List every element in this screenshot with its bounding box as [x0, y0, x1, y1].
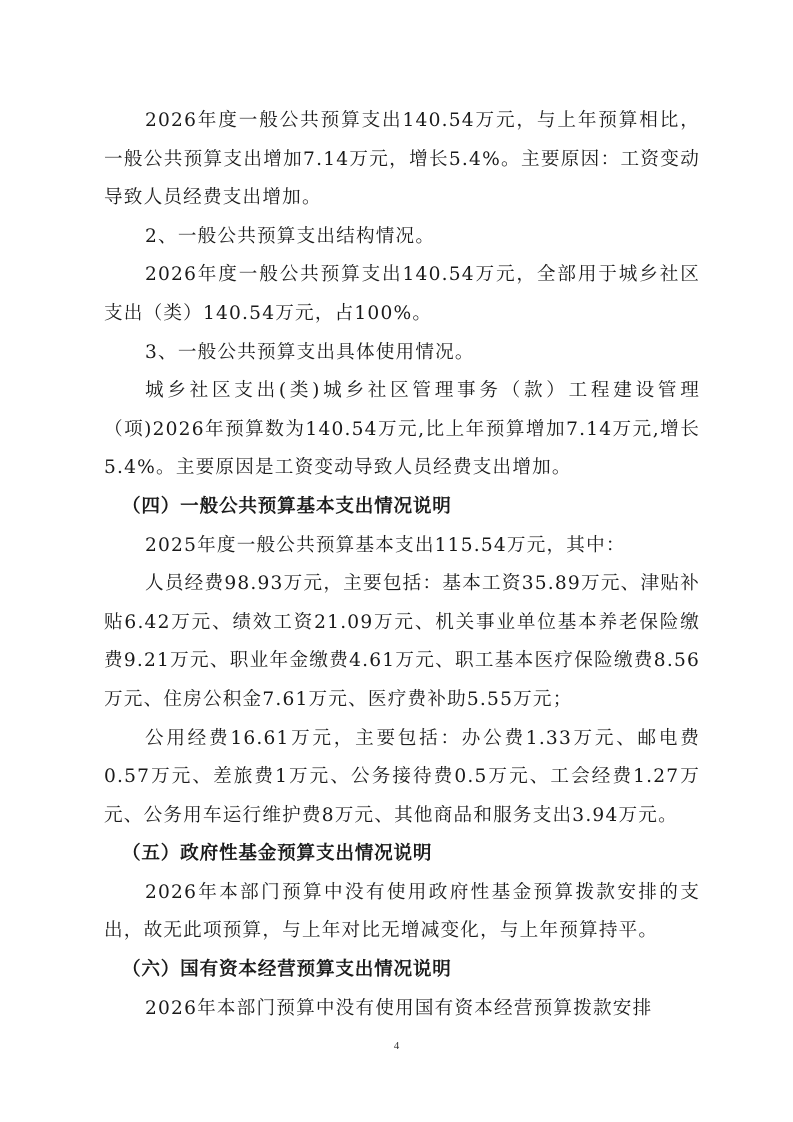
paragraph-usage-detail: 城乡社区支出(类)城乡社区管理事务（款）工程建设管理（项)2026年预算数为14… [104, 372, 700, 488]
document-body: 2026年度一般公共预算支出140.54万元，与上年预算相比，一般公共预算支出增… [104, 102, 700, 1028]
paragraph-personnel-expenses: 人员经费98.93万元，主要包括：基本工资35.89万元、津贴补贴6.42万元、… [104, 565, 700, 719]
paragraph-government-fund: 2026年本部门预算中没有使用政府性基金预算拨款安排的支出，故无此项预算，与上年… [104, 874, 700, 951]
heading-state-capital: （六）国有资本经营预算支出情况说明 [104, 951, 700, 990]
paragraph-state-capital: 2026年本部门预算中没有使用国有资本经营预算拨款安排 [104, 990, 700, 1029]
heading-government-fund: （五）政府性基金预算支出情况说明 [104, 835, 700, 874]
paragraph-basic-total: 2025年度一般公共预算基本支出115.54万元，其中： [104, 527, 700, 566]
paragraph-budget-summary: 2026年度一般公共预算支出140.54万元，与上年预算相比，一般公共预算支出增… [104, 102, 700, 218]
paragraph-structure-detail: 2026年度一般公共预算支出140.54万元，全部用于城乡社区支出（类）140.… [104, 256, 700, 333]
heading-basic-expenditure: （四）一般公共预算基本支出情况说明 [104, 488, 700, 527]
paragraph-structure-title: 2、一般公共预算支出结构情况。 [104, 218, 700, 257]
page-number: 4 [0, 1040, 793, 1052]
paragraph-public-expenses: 公用经费16.61万元，主要包括：办公费1.33万元、邮电费0.57万元、差旅费… [104, 720, 700, 836]
paragraph-usage-title: 3、一般公共预算支出具体使用情况。 [104, 334, 700, 373]
